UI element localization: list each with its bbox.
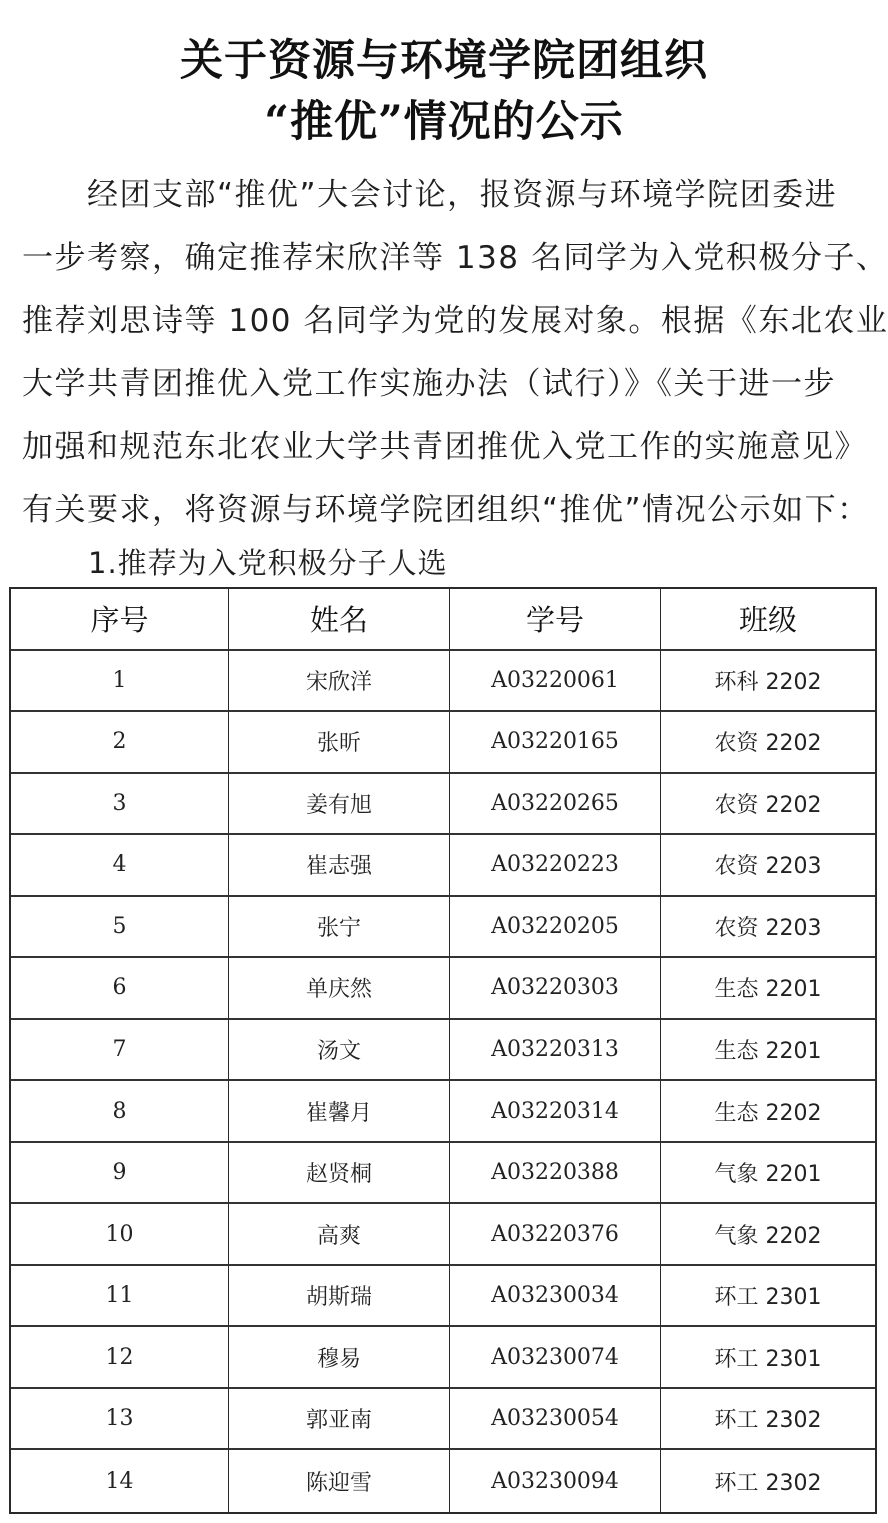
student-name: 姜有旭 — [229, 774, 450, 836]
student-class: 生态 2201 — [661, 1020, 875, 1082]
student-class: 环工 2301 — [661, 1266, 875, 1328]
student-id: A03220223 — [450, 835, 661, 897]
student-class: 气象 2202 — [661, 1204, 875, 1266]
student-id: A03220061 — [450, 651, 661, 713]
student-id: A03230054 — [450, 1389, 661, 1451]
row-number: 10 — [11, 1204, 229, 1266]
paragraph-line: 经团支部“推优”大会讨论，报资源与环境学院团委进 — [22, 175, 870, 215]
student-class: 生态 2202 — [661, 1081, 875, 1143]
student-name: 穆易 — [229, 1327, 450, 1389]
student-class: 生态 2201 — [661, 958, 875, 1020]
activist-candidates-table: 序号 姓名 学号 班级 1宋欣洋A03220061环科 22022张昕A0322… — [9, 587, 877, 1514]
student-id: A03230034 — [450, 1266, 661, 1328]
student-class: 环工 2302 — [661, 1450, 875, 1512]
document-title-line-2: “推优”情况的公示 — [0, 97, 888, 147]
row-number: 7 — [11, 1020, 229, 1082]
student-name: 崔志强 — [229, 835, 450, 897]
student-id: A03220376 — [450, 1204, 661, 1266]
column-header-student-id: 学号 — [450, 589, 661, 651]
paragraph-line: 大学共青团推优入党工作实施办法（试行）》《关于进一步 — [22, 364, 870, 404]
student-name: 张昕 — [229, 712, 450, 774]
paragraph-line: 有关要求，将资源与环境学院团组织“推优”情况公示如下： — [22, 490, 870, 530]
paragraph-line: 加强和规范东北农业大学共青团推优入党工作的实施意见》 — [22, 427, 870, 467]
student-id: A03220314 — [450, 1081, 661, 1143]
student-name: 高爽 — [229, 1204, 450, 1266]
student-id: A03220388 — [450, 1143, 661, 1205]
row-number: 1 — [11, 651, 229, 713]
row-number: 9 — [11, 1143, 229, 1205]
student-class: 环科 2202 — [661, 651, 875, 713]
student-id: A03230094 — [450, 1450, 661, 1512]
student-name: 胡斯瑞 — [229, 1266, 450, 1328]
row-number: 4 — [11, 835, 229, 897]
student-class: 农资 2202 — [661, 774, 875, 836]
row-number: 2 — [11, 712, 229, 774]
student-class: 农资 2202 — [661, 712, 875, 774]
student-class: 农资 2203 — [661, 897, 875, 959]
student-name: 赵贤桐 — [229, 1143, 450, 1205]
column-header-class: 班级 — [661, 589, 875, 651]
row-number: 12 — [11, 1327, 229, 1389]
row-number: 8 — [11, 1081, 229, 1143]
student-id: A03220303 — [450, 958, 661, 1020]
student-id: A03220313 — [450, 1020, 661, 1082]
row-number: 3 — [11, 774, 229, 836]
student-class: 环工 2301 — [661, 1327, 875, 1389]
row-number: 5 — [11, 897, 229, 959]
paragraph-line: 一步考察，确定推荐宋欣洋等 138 名同学为入党积极分子、 — [22, 238, 870, 278]
row-number: 13 — [11, 1389, 229, 1451]
student-name: 汤文 — [229, 1020, 450, 1082]
student-name: 宋欣洋 — [229, 651, 450, 713]
section-heading: 1.推荐为入党积极分子人选 — [88, 545, 448, 581]
student-class: 农资 2203 — [661, 835, 875, 897]
row-number: 6 — [11, 958, 229, 1020]
student-id: A03220265 — [450, 774, 661, 836]
student-name: 崔馨月 — [229, 1081, 450, 1143]
student-id: A03220205 — [450, 897, 661, 959]
student-class: 环工 2302 — [661, 1389, 875, 1451]
student-name: 郭亚南 — [229, 1389, 450, 1451]
student-name: 陈迎雪 — [229, 1450, 450, 1512]
student-name: 单庆然 — [229, 958, 450, 1020]
row-number: 14 — [11, 1450, 229, 1512]
student-name: 张宁 — [229, 897, 450, 959]
paragraph-line: 推荐刘思诗等 100 名同学为党的发展对象。根据《东北农业 — [22, 301, 870, 341]
student-id: A03230074 — [450, 1327, 661, 1389]
column-header-name: 姓名 — [229, 589, 450, 651]
row-number: 11 — [11, 1266, 229, 1328]
document-title-line-1: 关于资源与环境学院团组织 — [0, 36, 888, 86]
column-header-number: 序号 — [11, 589, 229, 651]
student-class: 气象 2201 — [661, 1143, 875, 1205]
student-id: A03220165 — [450, 712, 661, 774]
